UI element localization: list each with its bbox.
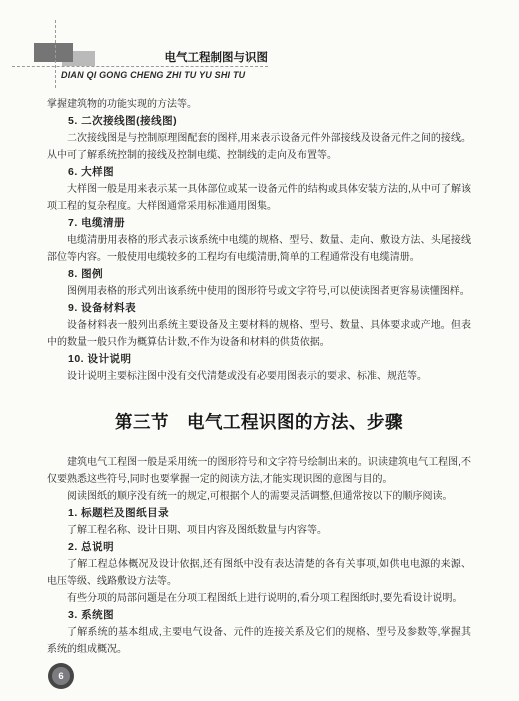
body-paragraph: 了解工程总体概况及设计依据,还有图纸中没有表达清楚的各有关事项,如供电电源的来源… [47, 556, 471, 590]
body-paragraph: 了解系统的基本组成,主要电气设备、元件的连接关系及它们的规格、型号及参数等,掌握… [47, 624, 471, 658]
body-paragraph: 二次接线图是与控制原理图配套的图样,用来表示设备元件外部接线及设备元件之间的接线… [47, 130, 471, 164]
page-number: 6 [52, 667, 70, 685]
numbered-list-heading: 3. 系统图 [47, 607, 471, 624]
running-head-pinyin: DIAN QI GONG CHENG ZHI TU YU SHI TU [61, 70, 245, 80]
body-paragraph: 了解工程名称、设计日期、项目内容及图纸数量与内容等。 [47, 522, 471, 539]
numbered-list-heading: 6. 大样图 [47, 164, 471, 181]
body-paragraph: 电缆清册用表格的形式表示该系统中电缆的规格、型号、数量、走向、敷设方法、头尾接线… [47, 232, 471, 266]
numbered-list-heading: 7. 电缆清册 [47, 215, 471, 232]
running-head-book-title: 电气工程制图与识图 [12, 51, 268, 65]
body-paragraph: 有些分项的局部问题是在分项工程图纸上进行说明的,看分项工程图纸时,要先看设计说明… [47, 590, 471, 607]
body-paragraph: 设备材料表一般列出系统主要设备及主要材料的规格、型号、数量、具体要求或产地。但表… [47, 317, 471, 351]
body-paragraph: 建筑电气工程图一般是采用统一的图形符号和文字符号绘制出来的。识读建筑电气工程图,… [47, 454, 471, 488]
numbered-list-heading: 2. 总说明 [47, 539, 471, 556]
numbered-list-heading: 9. 设备材料表 [47, 300, 471, 317]
page-number-badge: 6 [48, 663, 74, 689]
body-paragraph: 大样图一般是用来表示某一具体部位或某一设备元件的结构或具体安装方法的,从中可了解… [47, 181, 471, 215]
section-title: 第三节 电气工程识图的方法、步骤 [47, 409, 471, 435]
numbered-list-heading: 1. 标题栏及图纸目录 [47, 505, 471, 522]
body-paragraph: 阅读图纸的顺序没有统一的规定,可根据个人的需要灵活调整,但通常按以下的顺序阅读。 [47, 488, 471, 505]
body-paragraph-continued: 掌握建筑物的功能实现的方法等。 [47, 96, 471, 113]
header-horizontal-dashed-rule [12, 66, 268, 67]
numbered-list-heading: 5. 二次接线图(接线图) [47, 113, 471, 130]
body-paragraph: 设计说明主要标注图中没有交代清楚或没有必要用图表示的要求、标准、规范等。 [47, 368, 471, 385]
book-page: 电气工程制图与识图 DIAN QI GONG CHENG ZHI TU YU S… [0, 0, 519, 701]
page-content: 掌握建筑物的功能实现的方法等。5. 二次接线图(接线图)二次接线图是与控制原理图… [47, 96, 471, 658]
numbered-list-heading: 8. 图例 [47, 266, 471, 283]
body-paragraph: 图例用表格的形式列出该系统中使用的图形符号或文字符号,可以使读图者更容易读懂图样… [47, 283, 471, 300]
numbered-list-heading: 10. 设计说明 [47, 351, 471, 368]
